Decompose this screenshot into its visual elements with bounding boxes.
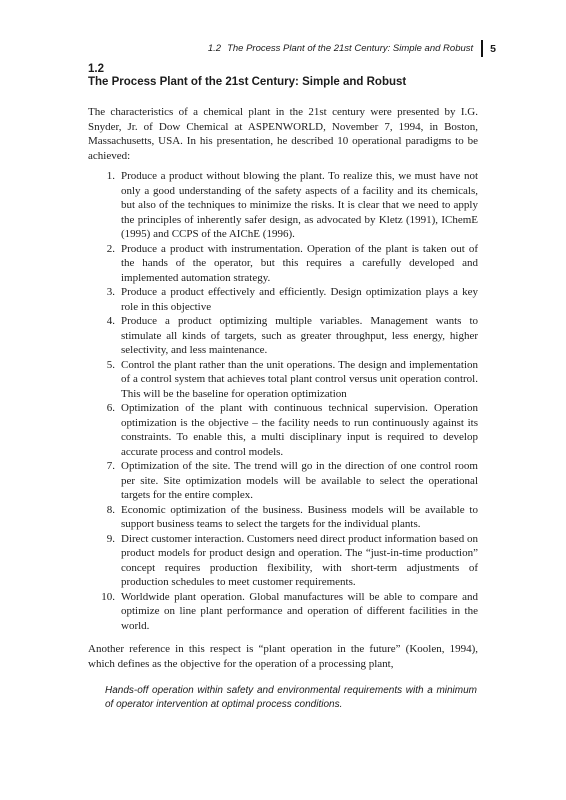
- list-item: 10. Worldwide plant operation. Global ma…: [88, 590, 478, 634]
- list-item-number: 3.: [88, 285, 115, 314]
- list-item-text: Produce a product effectively and effici…: [121, 285, 478, 314]
- running-header-section-number: 1.2: [208, 43, 227, 55]
- list-item-number: 10.: [88, 590, 115, 634]
- list-item: 1. Produce a product without blowing the…: [88, 169, 478, 242]
- page-number: 5: [483, 43, 496, 55]
- list-item-text: Control the plant rather than the unit o…: [121, 358, 478, 402]
- list-item-text: Optimization of the plant with continuou…: [121, 401, 478, 459]
- list-item-text: Produce a product optimizing multiple va…: [121, 314, 478, 358]
- list-item-number: 7.: [88, 459, 115, 503]
- book-page: 1.2 The Process Plant of the 21st Centur…: [0, 0, 566, 800]
- list-item-number: 4.: [88, 314, 115, 358]
- list-item-text: Optimization of the site. The trend will…: [121, 459, 478, 503]
- running-header: 1.2 The Process Plant of the 21st Centur…: [88, 40, 496, 57]
- list-item: 6. Optimization of the plant with contin…: [88, 401, 478, 459]
- paradigm-list: 1. Produce a product without blowing the…: [88, 169, 478, 633]
- list-item: 5. Control the plant rather than the uni…: [88, 358, 478, 402]
- list-item-text: Produce a product without blowing the pl…: [121, 169, 478, 242]
- list-item: 9. Direct customer interaction. Customer…: [88, 532, 478, 590]
- list-item-number: 6.: [88, 401, 115, 459]
- intro-paragraph: The characteristics of a chemical plant …: [88, 105, 478, 163]
- list-item: 7. Optimization of the site. The trend w…: [88, 459, 478, 503]
- list-item: 4. Produce a product optimizing multiple…: [88, 314, 478, 358]
- list-item-text: Produce a product with instrumentation. …: [121, 242, 478, 286]
- list-item-number: 1.: [88, 169, 115, 242]
- list-item: 3. Produce a product effectively and eff…: [88, 285, 478, 314]
- list-item-number: 5.: [88, 358, 115, 402]
- running-header-title: The Process Plant of the 21st Century: S…: [227, 43, 481, 55]
- section-title: The Process Plant of the 21st Century: S…: [88, 76, 478, 89]
- list-item-text: Economic optimization of the business. B…: [121, 503, 478, 532]
- list-item-text: Direct customer interaction. Customers n…: [121, 532, 478, 590]
- block-quote: Hands-off operation within safety and en…: [105, 684, 477, 712]
- closing-paragraph: Another reference in this respect is “pl…: [88, 642, 478, 671]
- page-content: 1.2 The Process Plant of the 21st Centur…: [88, 63, 478, 712]
- list-item-number: 8.: [88, 503, 115, 532]
- list-item-number: 9.: [88, 532, 115, 590]
- list-item: 8. Economic optimization of the business…: [88, 503, 478, 532]
- section-number: 1.2: [88, 63, 478, 76]
- list-item-number: 2.: [88, 242, 115, 286]
- list-item: 2. Produce a product with instrumentatio…: [88, 242, 478, 286]
- list-item-text: Worldwide plant operation. Global manufa…: [121, 590, 478, 634]
- section-heading: 1.2 The Process Plant of the 21st Centur…: [88, 63, 478, 89]
